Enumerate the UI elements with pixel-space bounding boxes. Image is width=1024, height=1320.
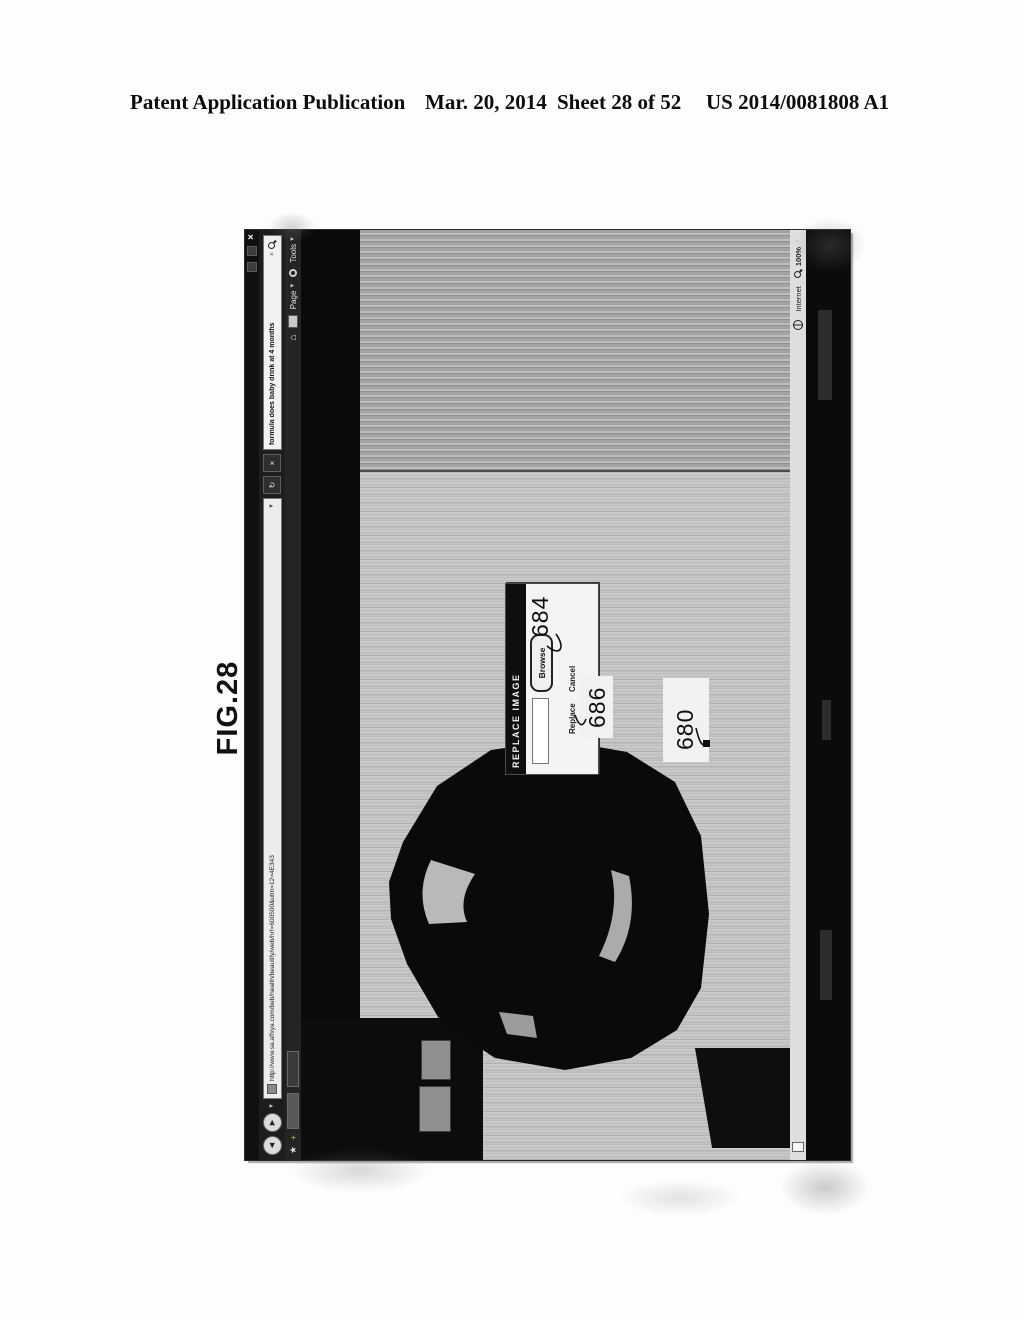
scan-smudge: [620, 1180, 740, 1216]
figure-28-screenshot: × ◀ ▶ ▼ http://www.sa.affxya.com/beb/hea…: [245, 230, 850, 1160]
patent-number: US 2014/0081808 A1: [706, 90, 889, 115]
figure-label: FIG.28: [212, 638, 248, 778]
reference-label-680: 680: [672, 709, 699, 750]
patent-sheet: Patent Application Publication Mar. 20, …: [0, 0, 1024, 1320]
reference-label-684: 684: [527, 596, 554, 637]
leader-lines: [245, 230, 850, 1160]
reference-label-686: 686: [584, 687, 611, 728]
scan-smudge: [780, 1160, 870, 1215]
publication-title: Patent Application Publication: [130, 90, 405, 115]
sheet-number: Sheet 28 of 52: [557, 90, 681, 115]
patent-header: Patent Application Publication Mar. 20, …: [0, 90, 1024, 120]
rotated-browser-capture: × ◀ ▶ ▼ http://www.sa.affxya.com/beb/hea…: [245, 230, 850, 1160]
publication-date: Mar. 20, 2014: [425, 90, 547, 115]
